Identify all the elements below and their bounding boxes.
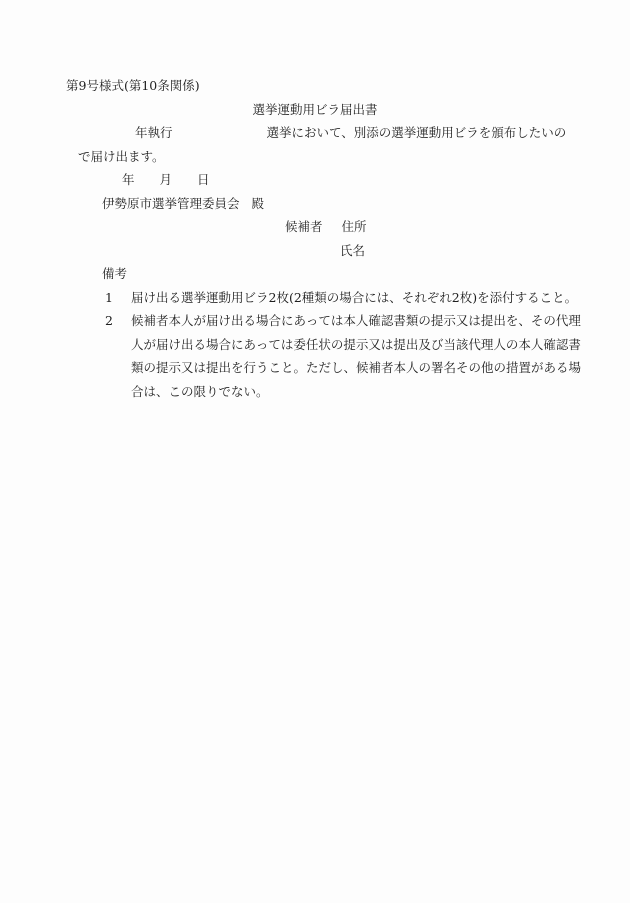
year-executed-label: 年執行 [135,121,173,145]
note-2-text-line-1: 候補者本人が届け出る場合にあっては本人確認書類の提示又は提出を、その代理 [131,313,581,328]
addressee-line: 伊勢原市選挙管理委員会 殿 [0,192,630,216]
statement-line-2: で届け出ます。 [0,145,630,169]
document-page: 第9号様式(第10条関係) 選挙運動用ビラ届出書 年執行 選挙において、別添の選… [0,0,630,903]
note-2-text-line-4: 合は、この限りでない。 [0,380,630,404]
name-label: 氏名 [0,239,630,263]
note-item-2: 2候補者本人が届け出る場合にあっては本人確認書類の提示又は提出を、その代理 [0,309,630,333]
note-2-text-line-3: 類の提示又は提出を行うこと。ただし、候補者本人の署名その他の措置がある場 [0,356,630,380]
note-2-text-line-2: 人が届け出る場合にあっては委任状の提示又は提出及び当該代理人の本人確認書 [0,333,630,357]
address-label: 住所 [342,215,367,239]
form-number: 第9号様式(第10条関係) [0,74,630,98]
notes-heading: 備考 [0,262,630,286]
statement-line-1: 年執行 選挙において、別添の選挙運動用ビラを頒布したいの [0,121,630,145]
honorific-label: 殿 [252,192,265,216]
note-1-number: 1 [105,286,131,310]
document-title: 選挙運動用ビラ届出書 [0,98,630,122]
candidate-label: 候補者 [285,219,323,234]
note-2-number: 2 [105,309,131,333]
note-item-1: 1届け出る選挙運動用ビラ2枚(2種類の場合には、それぞれ2枚)を添付すること。 [0,286,630,310]
candidate-line: 候補者 住所 [0,215,630,239]
note-1-text: 届け出る選挙運動用ビラ2枚(2種類の場合には、それぞれ2枚)を添付すること。 [131,290,577,305]
election-statement-text: 選挙において、別添の選挙運動用ビラを頒布したいの [267,121,567,145]
date-line: 年 月 日 [0,168,630,192]
addressee-name: 伊勢原市選挙管理委員会 [102,196,240,211]
